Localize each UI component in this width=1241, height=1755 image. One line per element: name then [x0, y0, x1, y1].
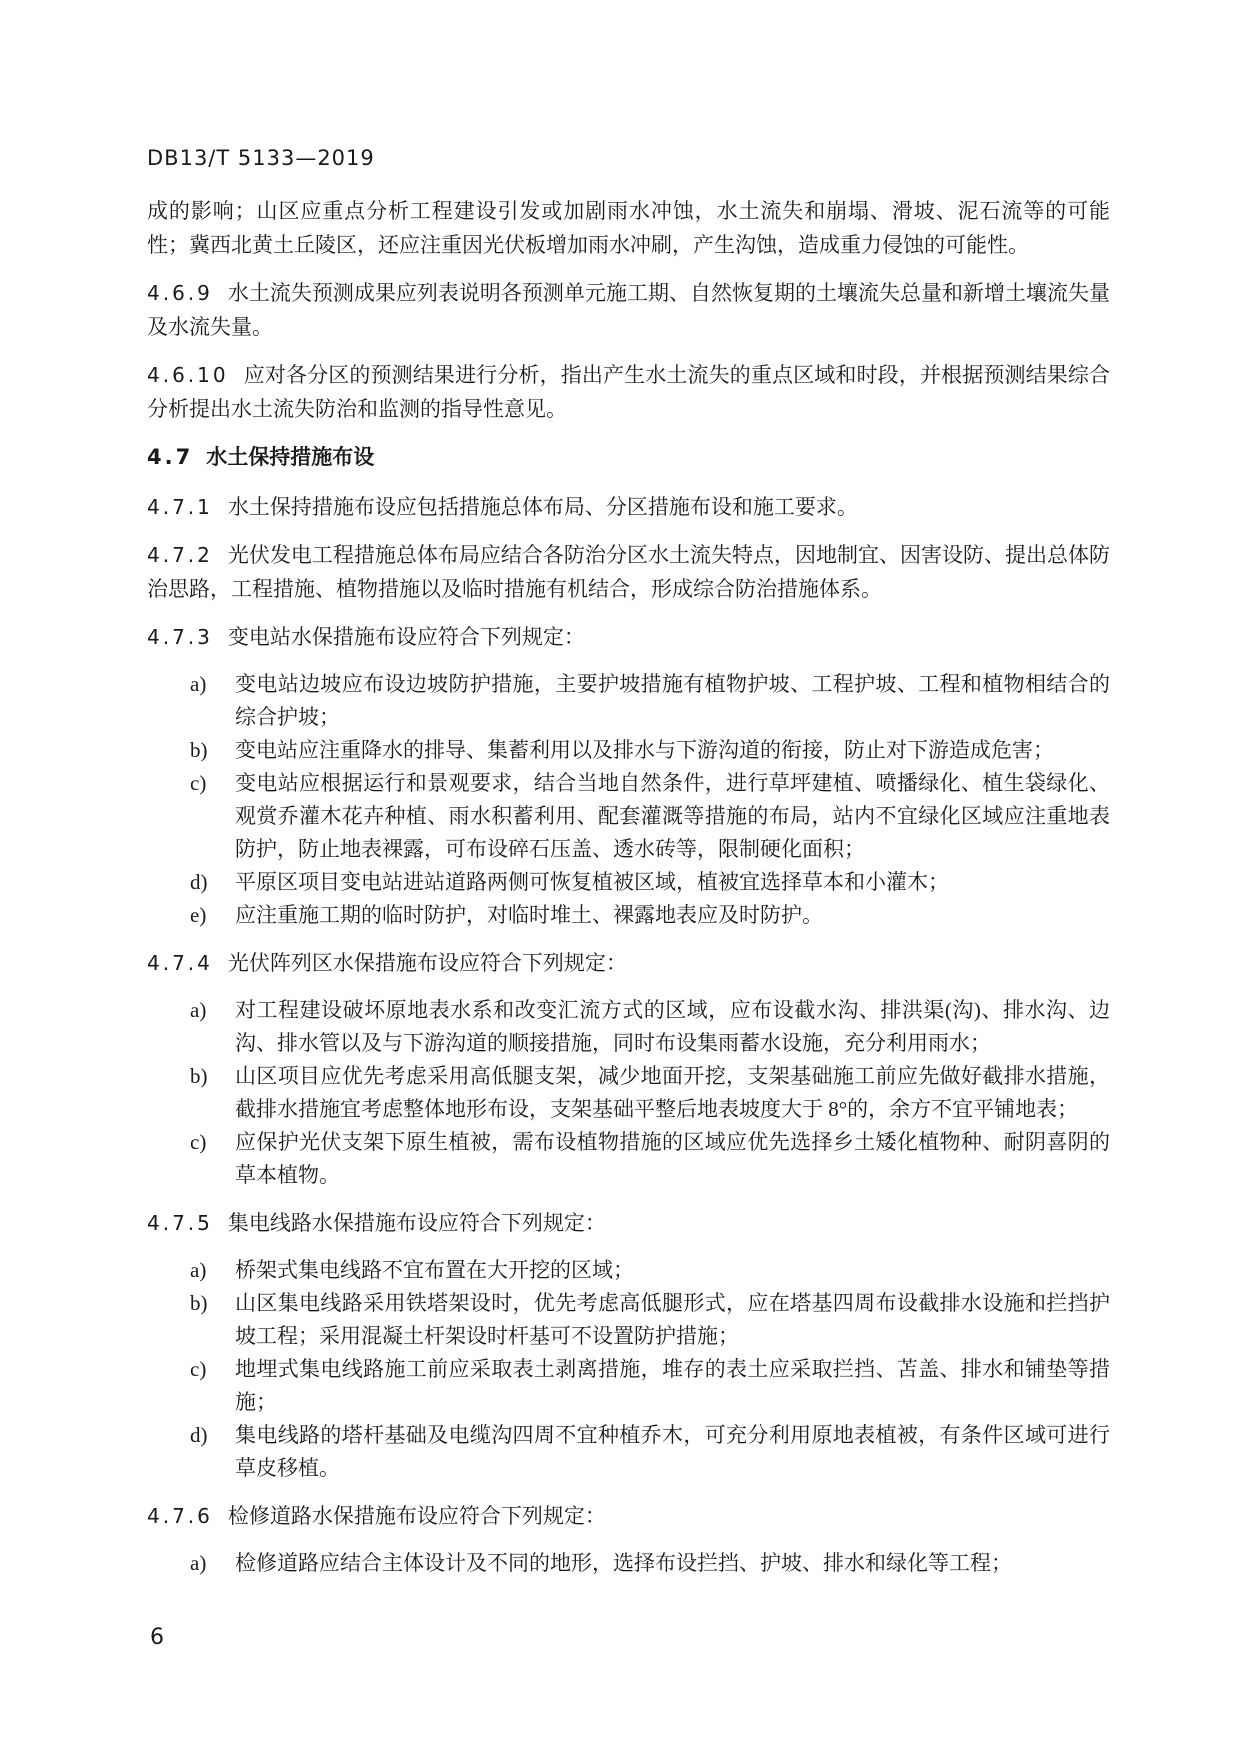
list-item-b: b)变电站应注重降水的排导、集蓄利用以及排水与下游沟道的衔接，防止对下游造成危害… [147, 734, 1110, 767]
list-item-label: c) [190, 767, 235, 866]
list-item-label: d) [190, 866, 235, 899]
clause-number: 4.6.9 [147, 281, 228, 305]
list-item-text: 变电站应注重降水的排导、集蓄利用以及排水与下游沟道的衔接，防止对下游造成危害； [235, 734, 1110, 767]
body-paragraph: 成的影响；山区应重点分析工程建设引发或加剧雨水冲蚀，水土流失和崩塌、滑坡、泥石流… [147, 194, 1110, 262]
list-item-b: b)山区集电线路采用铁塔架设时，优先考虑高低腿形式，应在塔基四周布设截排水设施和… [147, 1287, 1110, 1353]
clause-text: 变电站水保措施布设应符合下列规定： [228, 625, 585, 649]
list-item-c: c)变电站应根据运行和景观要求，结合当地自然条件，进行草坪建植、喷播绿化、植生袋… [147, 767, 1110, 866]
clause-number: 4.7.4 [147, 951, 228, 975]
lettered-list: a)对工程建设破坏原地表水系和改变汇流方式的区域，应布设截水沟、排洪渠(沟)、排… [147, 994, 1110, 1192]
clause-number: 4.7.6 [147, 1504, 228, 1528]
list-item-label: b) [190, 1287, 235, 1353]
heading-text: 水土保持措施布设 [206, 445, 374, 469]
document-body: 成的影响；山区应重点分析工程建设引发或加剧雨水冲蚀，水土流失和崩塌、滑坡、泥石流… [147, 194, 1110, 1594]
lettered-list: a)变电站边坡应布设边坡防护措施，主要护坡措施有植物护坡、工程护坡、工程和植物相… [147, 668, 1110, 932]
clause-text: 水土保持措施布设应包括措施总体布局、分区措施布设和施工要求。 [228, 495, 858, 519]
list-item-label: a) [190, 1547, 235, 1580]
clause-4-7-4: 4.7.4光伏阵列区水保措施布设应符合下列规定： [147, 946, 1110, 980]
list-item-text: 桥架式集电线路不宜布置在大开挖的区域； [235, 1254, 1110, 1287]
list-item-d: d)集电线路的塔杆基础及电缆沟四周不宜种植乔木，可充分利用原地表植被，有条件区域… [147, 1419, 1110, 1485]
clause-4-7-6: 4.7.6检修道路水保措施布设应符合下列规定： [147, 1499, 1110, 1533]
list-item-text: 变电站应根据运行和景观要求，结合当地自然条件，进行草坪建植、喷播绿化、植生袋绿化… [235, 767, 1110, 866]
list-item-text: 应保护光伏支架下原生植被，需布设植物措施的区域应优先选择乡土矮化植物种、耐阴喜阴… [235, 1126, 1110, 1192]
clause-text: 水土流失预测成果应列表说明各预测单元施工期、自然恢复期的土壤流失总量和新增土壤流… [147, 281, 1110, 339]
clause-text: 集电线路水保措施布设应符合下列规定： [228, 1211, 606, 1235]
page-number: 6 [150, 1625, 164, 1650]
list-item-label: b) [190, 734, 235, 767]
clause-4-7-2: 4.7.2光伏发电工程措施总体布局应结合各防治分区水土流失特点，因地制宜、因害设… [147, 538, 1110, 606]
list-item-label: b) [190, 1060, 235, 1126]
list-item-label: a) [190, 994, 235, 1060]
standard-number-header: DB13/T 5133—2019 [147, 146, 375, 170]
list-item-c: c)地埋式集电线路施工前应采取表土剥离措施，堆存的表土应采取拦挡、苫盖、排水和铺… [147, 1353, 1110, 1419]
list-item-label: e) [190, 899, 235, 932]
clause-text: 光伏发电工程措施总体布局应结合各防治分区水土流失特点，因地制宜、因害设防、提出总… [147, 543, 1110, 601]
list-item-label: c) [190, 1126, 235, 1192]
list-item-c: c)应保护光伏支架下原生植被，需布设植物措施的区域应优先选择乡土矮化植物种、耐阴… [147, 1126, 1110, 1192]
clause-4-6-9: 4.6.9水土流失预测成果应列表说明各预测单元施工期、自然恢复期的土壤流失总量和… [147, 276, 1110, 344]
paragraph-text: 成的影响；山区应重点分析工程建设引发或加剧雨水冲蚀，水土流失和崩塌、滑坡、泥石流… [147, 199, 1110, 257]
clause-number: 4.6.10 [147, 363, 244, 387]
clause-text: 光伏阵列区水保措施布设应符合下列规定： [228, 951, 627, 975]
list-item-text: 山区集电线路采用铁塔架设时，优先考虑高低腿形式，应在塔基四周布设截排水设施和拦挡… [235, 1287, 1110, 1353]
clause-number: 4.7.3 [147, 625, 228, 649]
list-item-text: 应注重施工期的临时防护，对临时堆土、裸露地表应及时防护。 [235, 899, 1110, 932]
clause-number: 4.7 [147, 445, 206, 469]
clause-text: 检修道路水保措施布设应符合下列规定： [228, 1504, 606, 1528]
list-item-label: c) [190, 1353, 235, 1419]
list-item-text: 山区项目应优先考虑采用高低腿支架，减少地面开挖，支架基础施工前应先做好截排水措施… [235, 1060, 1110, 1126]
clause-number: 4.7.2 [147, 543, 228, 567]
document-page: DB13/T 5133—2019 成的影响；山区应重点分析工程建设引发或加剧雨水… [0, 0, 1241, 1755]
list-item-text: 地埋式集电线路施工前应采取表土剥离措施，堆存的表土应采取拦挡、苫盖、排水和铺垫等… [235, 1353, 1110, 1419]
list-item-a: a)对工程建设破坏原地表水系和改变汇流方式的区域，应布设截水沟、排洪渠(沟)、排… [147, 994, 1110, 1060]
list-item-d: d)平原区项目变电站进站道路两侧可恢复植被区域，植被宜选择草本和小灌木； [147, 866, 1110, 899]
list-item-label: d) [190, 1419, 235, 1485]
list-item-e: e)应注重施工期的临时防护，对临时堆土、裸露地表应及时防护。 [147, 899, 1110, 932]
list-item-text: 集电线路的塔杆基础及电缆沟四周不宜种植乔木，可充分利用原地表植被，有条件区域可进… [235, 1419, 1110, 1485]
clause-text: 应对各分区的预测结果进行分析，指出产生水土流失的重点区域和时段，并根据预测结果综… [147, 363, 1110, 421]
list-item-text: 检修道路应结合主体设计及不同的地形，选择布设拦挡、护坡、排水和绿化等工程； [235, 1547, 1110, 1580]
list-item-label: a) [190, 1254, 235, 1287]
list-item-text: 变电站边坡应布设边坡防护措施，主要护坡措施有植物护坡、工程护坡、工程和植物相结合… [235, 668, 1110, 734]
list-item-text: 对工程建设破坏原地表水系和改变汇流方式的区域，应布设截水沟、排洪渠(沟)、排水沟… [235, 994, 1110, 1060]
clause-number: 4.7.5 [147, 1211, 228, 1235]
list-item-label: a) [190, 668, 235, 734]
lettered-list: a)桥架式集电线路不宜布置在大开挖的区域；b)山区集电线路采用铁塔架设时，优先考… [147, 1254, 1110, 1485]
lettered-list: a)检修道路应结合主体设计及不同的地形，选择布设拦挡、护坡、排水和绿化等工程； [147, 1547, 1110, 1580]
section-heading-4-7: 4.7水土保持措施布设 [147, 440, 1110, 474]
list-item-text: 平原区项目变电站进站道路两侧可恢复植被区域，植被宜选择草本和小灌木； [235, 866, 1110, 899]
clause-4-7-1: 4.7.1水土保持措施布设应包括措施总体布局、分区措施布设和施工要求。 [147, 490, 1110, 524]
list-item-a: a)变电站边坡应布设边坡防护措施，主要护坡措施有植物护坡、工程护坡、工程和植物相… [147, 668, 1110, 734]
list-item-a: a)桥架式集电线路不宜布置在大开挖的区域； [147, 1254, 1110, 1287]
clause-4-7-5: 4.7.5集电线路水保措施布设应符合下列规定： [147, 1206, 1110, 1240]
list-item-b: b)山区项目应优先考虑采用高低腿支架，减少地面开挖，支架基础施工前应先做好截排水… [147, 1060, 1110, 1126]
clause-4-6-10: 4.6.10应对各分区的预测结果进行分析，指出产生水土流失的重点区域和时段，并根… [147, 358, 1110, 426]
clause-4-7-3: 4.7.3变电站水保措施布设应符合下列规定： [147, 620, 1110, 654]
list-item-a: a)检修道路应结合主体设计及不同的地形，选择布设拦挡、护坡、排水和绿化等工程； [147, 1547, 1110, 1580]
clause-number: 4.7.1 [147, 495, 228, 519]
